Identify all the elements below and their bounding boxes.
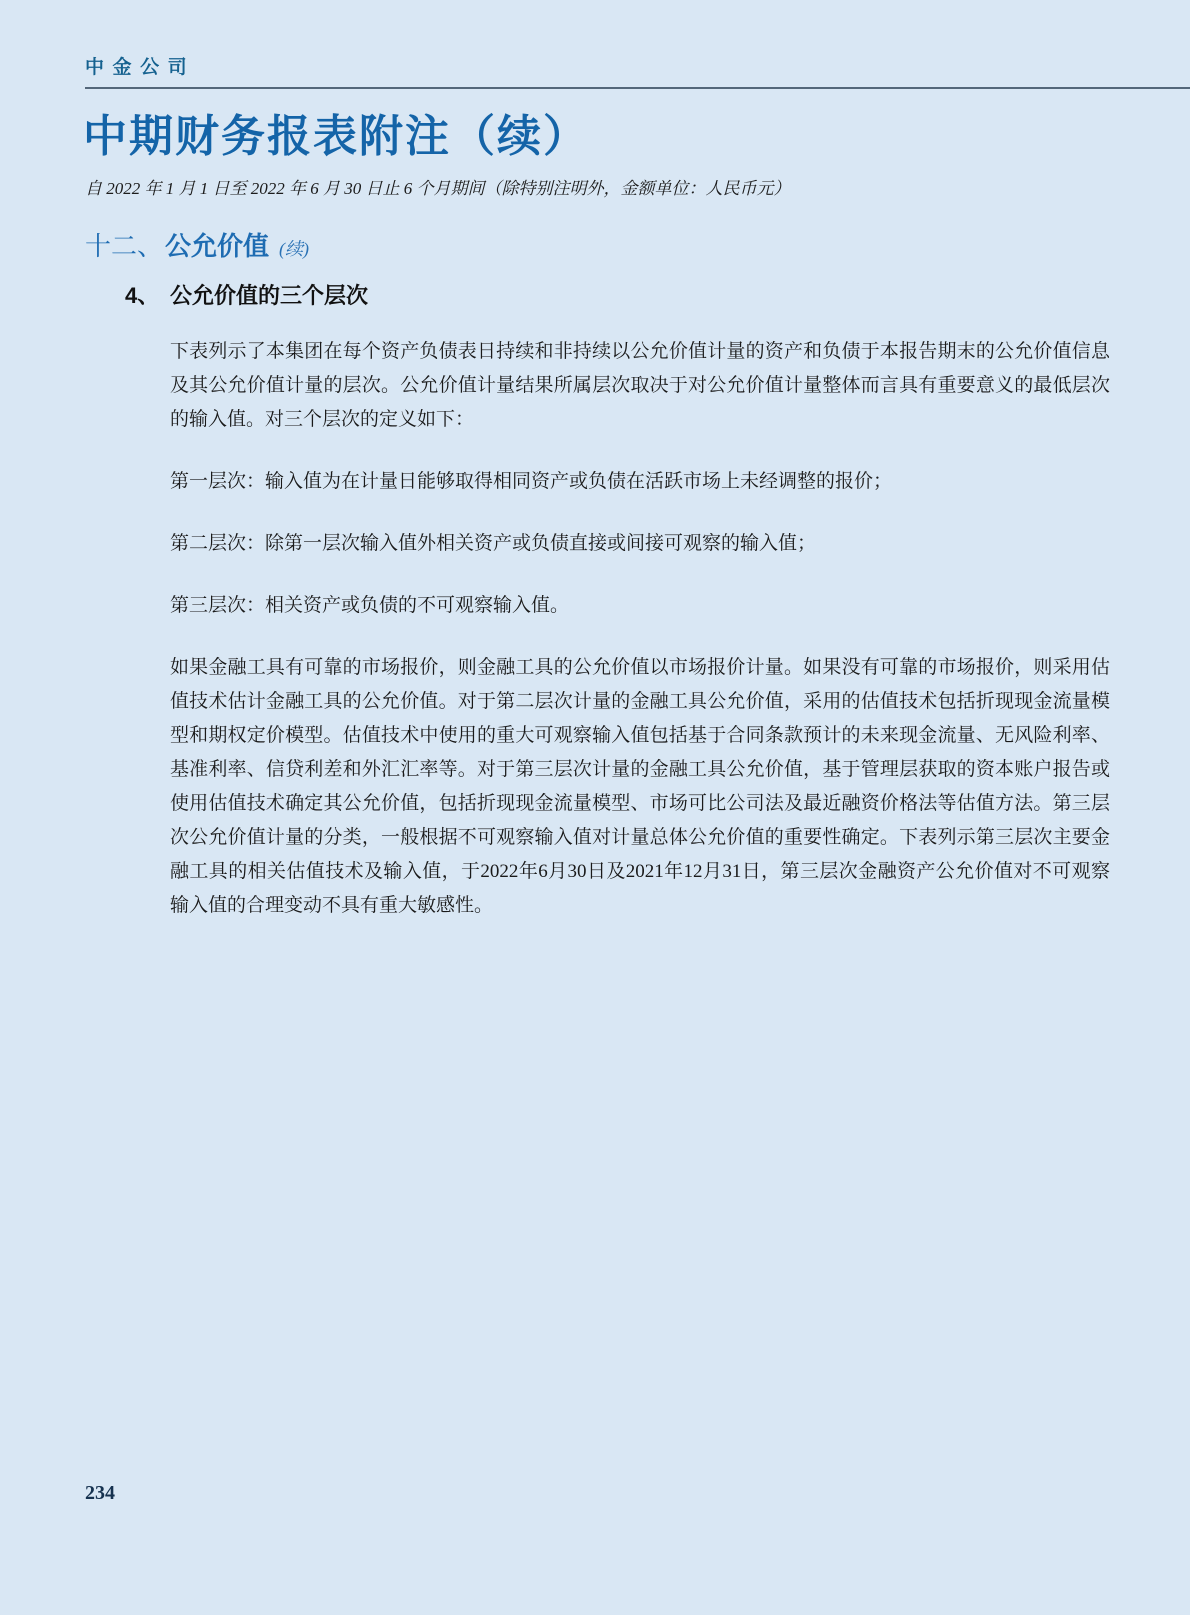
- section-number: 十二、: [85, 231, 163, 261]
- section-heading: 十二、公允价值(续): [85, 231, 1190, 265]
- section-title: 公允价值: [165, 231, 269, 261]
- body-text: 下表列示了本集团在每个资产负债表日持续和非持续以公允价值计量的资产和负债于本报告…: [170, 335, 1110, 923]
- level-2-definition: 第二层次：除第一层次输入值外相关资产或负债直接或间接可观察的输入值；: [170, 527, 1110, 561]
- level-1-definition: 第一层次：输入值为在计量日能够取得相同资产或负债在活跃市场上未经调整的报价；: [170, 465, 1110, 499]
- intro-paragraph: 下表列示了本集团在每个资产负债表日持续和非持续以公允价值计量的资产和负债于本报告…: [170, 335, 1110, 437]
- level-3-definition: 第三层次：相关资产或负债的不可观察输入值。: [170, 589, 1110, 623]
- subsection-title: 公允价值的三个层次: [170, 283, 368, 309]
- valuation-paragraph: 如果金融工具有可靠的市场报价，则金融工具的公允价值以市场报价计量。如果没有可靠的…: [170, 651, 1110, 923]
- header-rule: [85, 87, 1190, 89]
- subsection-heading: 4、 公允价值的三个层次: [125, 283, 1190, 309]
- page-number: 234: [85, 1482, 115, 1505]
- document-page: 中金公司 中期财务报表附注（续） 自 2022 年 1 月 1 日至 2022 …: [0, 0, 1190, 1615]
- page-title: 中期财务报表附注（续）: [83, 111, 1190, 163]
- section-continued-label: (续): [279, 239, 309, 259]
- subsection-number: 4、: [125, 283, 170, 309]
- page-header: 中金公司 中期财务报表附注（续） 自 2022 年 1 月 1 日至 2022 …: [0, 0, 1190, 201]
- brand-header: 中金公司: [85, 52, 1190, 79]
- period-note: 自 2022 年 1 月 1 日至 2022 年 6 月 30 日止 6 个月期…: [85, 177, 1190, 201]
